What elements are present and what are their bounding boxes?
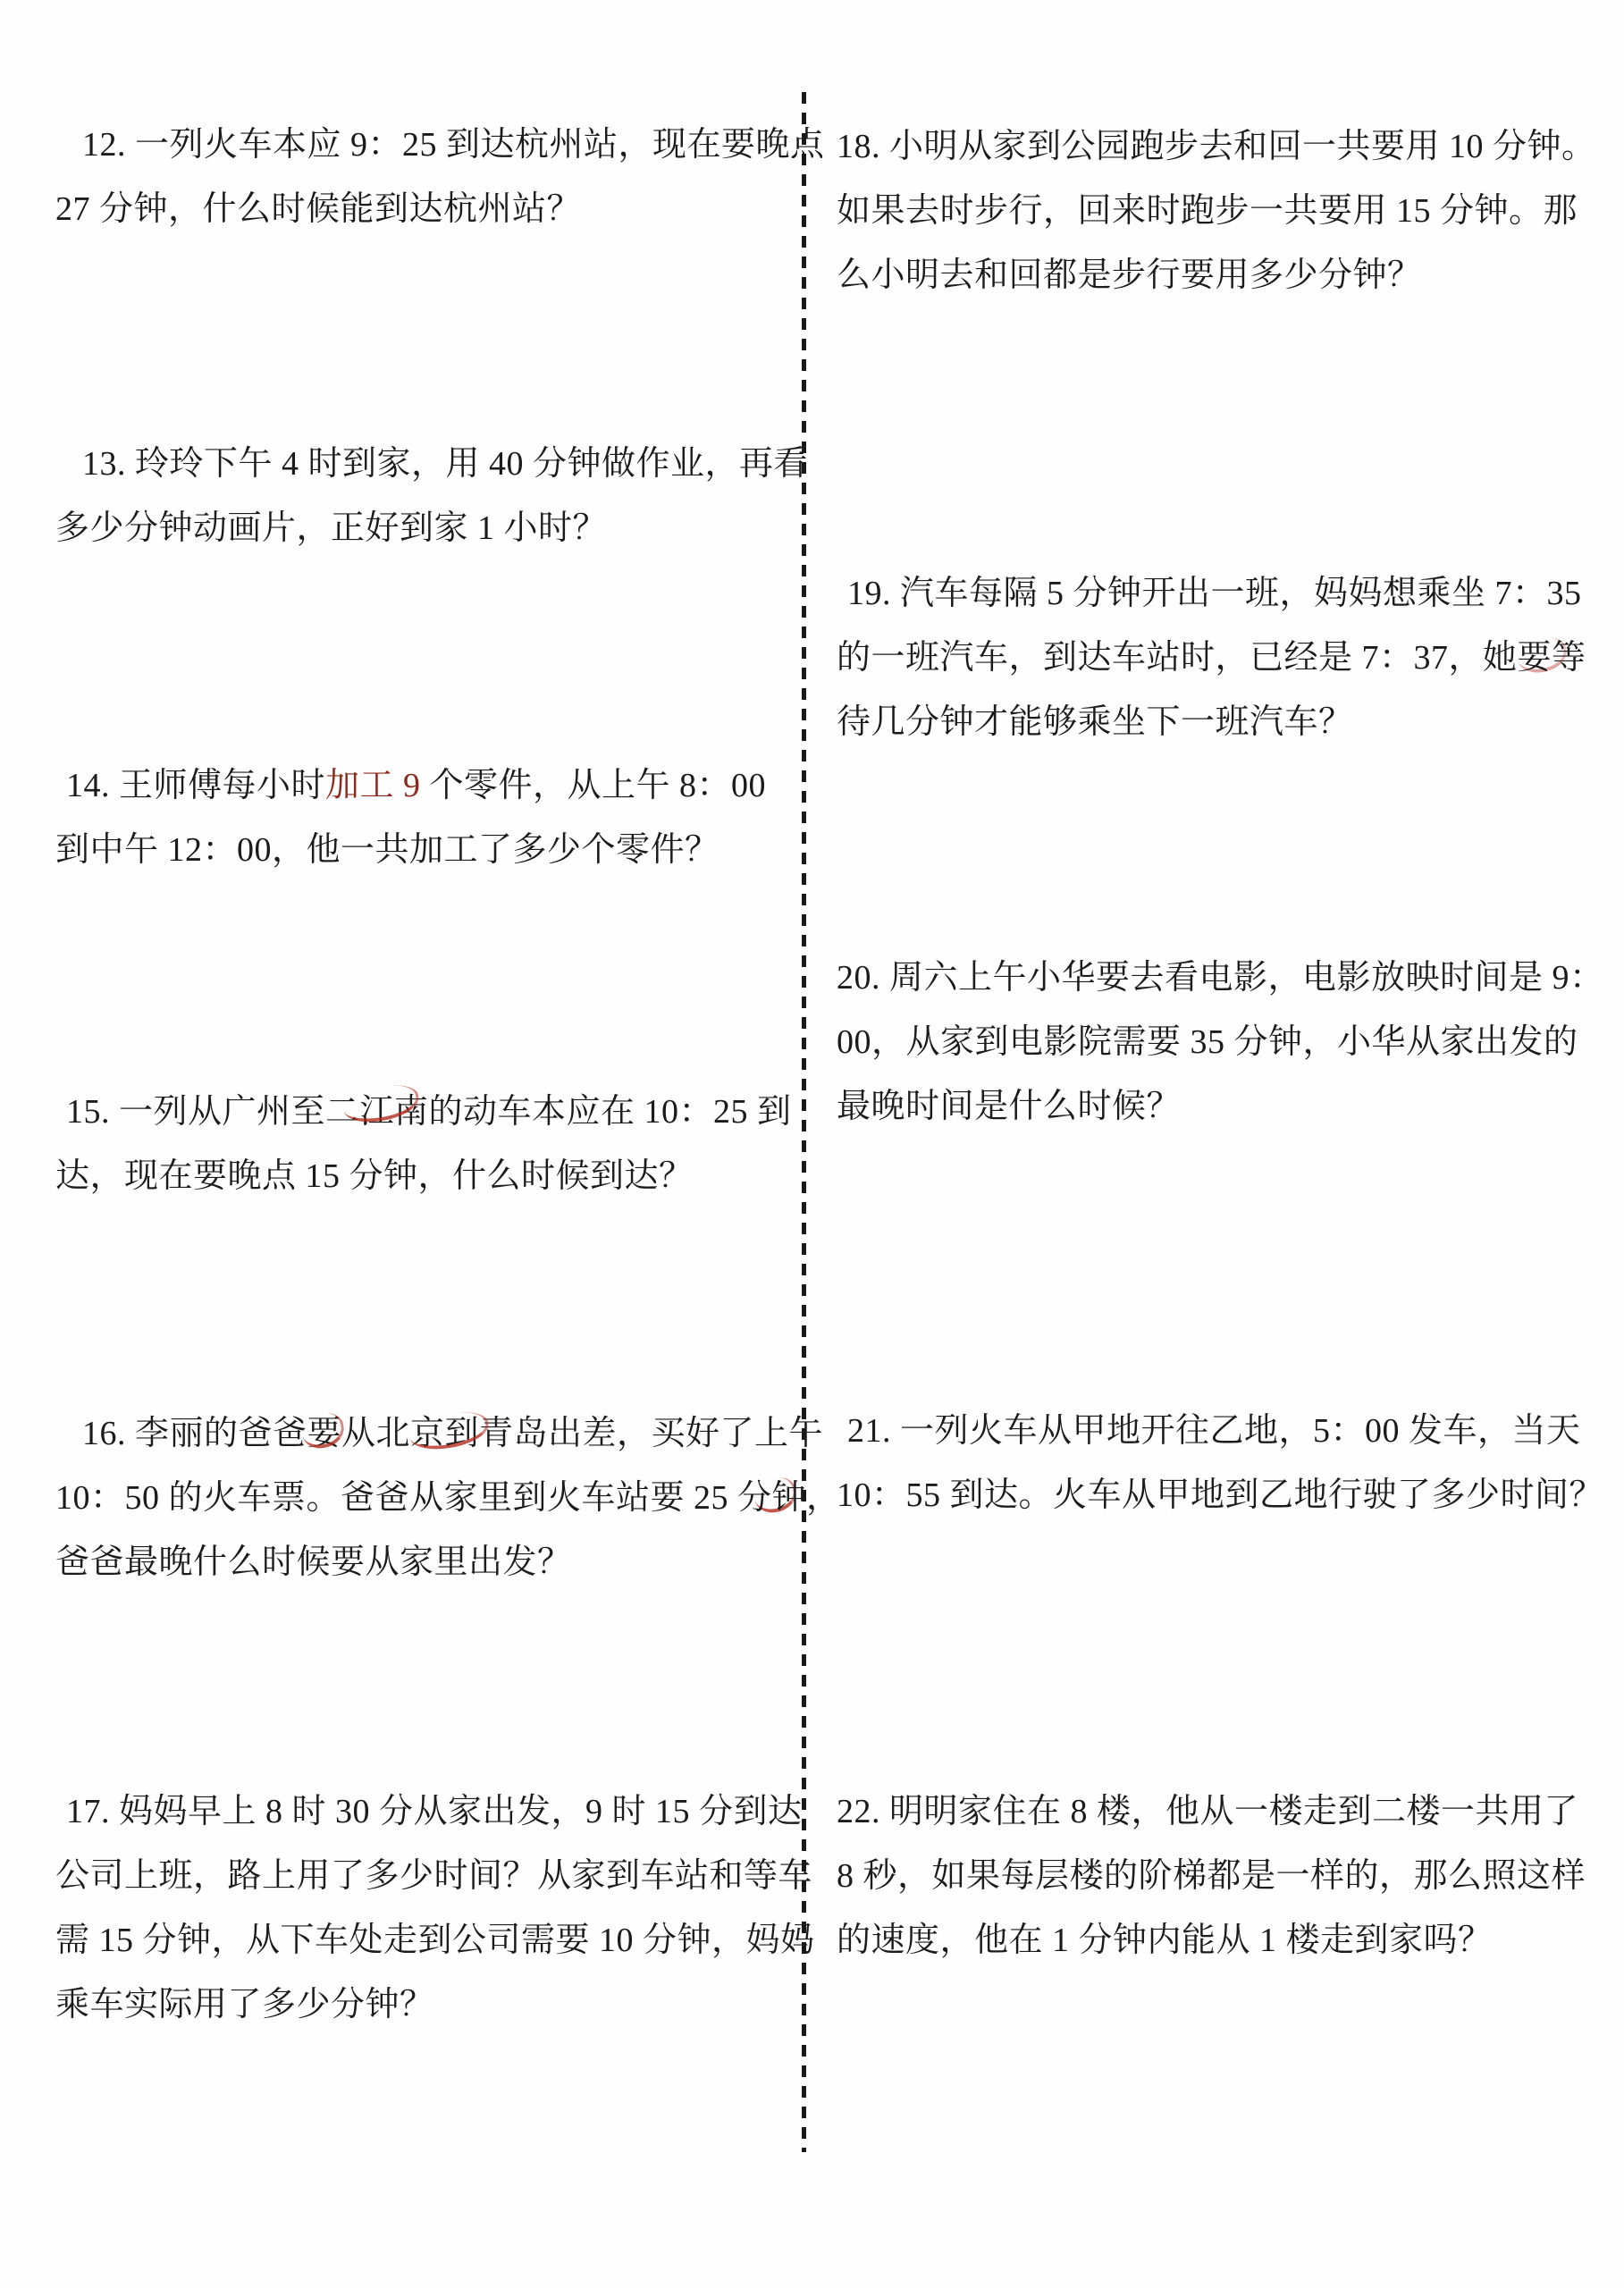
- problem-15-line-2: 达，现在要晚点 15 分钟，什么时候到达？: [55, 1144, 802, 1208]
- problem-14-text-before-red: 14. 王师傅每小时: [66, 767, 325, 804]
- problem-16-line-3: 爸爸最晚什么时候要从家里出发？: [55, 1530, 802, 1594]
- problem-13: 13. 玲玲下午 4 时到家，用 40 分钟做作业，再看 多少分钟动画片，正好到…: [55, 432, 802, 560]
- problem-22-line-2: 8 秒，如果每层楼的阶梯都是一样的，那么照这样: [837, 1844, 1614, 1908]
- problem-17-line-3: 需 15 分钟，从下车处走到公司需要 10 分钟，妈妈: [55, 1908, 802, 1973]
- problem-16: 16. 李丽的爸爸要从北京到青岛出差，买好了上午 10：50 的火车票。爸爸从家…: [55, 1401, 802, 1594]
- problem-12: 12. 一列火车本应 9：25 到达杭州站，现在要晚点 27 分钟，什么时候能到…: [55, 113, 802, 241]
- problem-15: 15. 一列从广州至二江南的动车本应在 10：25 到 达，现在要晚点 15 分…: [55, 1080, 802, 1208]
- column-divider-dashed-line: [802, 92, 806, 2152]
- problem-21: 21. 一列火车从甲地开往乙地，5：00 发车，当天 10：55 到达。火车从甲…: [837, 1399, 1614, 1527]
- worksheet-page: 12. 一列火车本应 9：25 到达杭州站，现在要晚点 27 分钟，什么时候能到…: [0, 0, 1624, 2288]
- problem-14-text-after-red: 个零件，从上午 8：00: [421, 767, 767, 804]
- problem-17-line-4: 乘车实际用了多少分钟？: [55, 1973, 802, 2037]
- problem-12-line-2: 27 分钟，什么时候能到达杭州站？: [55, 177, 802, 241]
- problem-17: 17. 妈妈早上 8 时 30 分从家出发，9 时 15 分到达 公司上班，路上…: [55, 1779, 802, 2037]
- problem-16-line-1: 16. 李丽的爸爸要从北京到青岛出差，买好了上午: [55, 1401, 802, 1466]
- problem-19: 19. 汽车每隔 5 分钟开出一班，妈妈想乘坐 7：35 的一班汽车，到达车站时…: [837, 561, 1614, 754]
- problem-20: 20. 周六上午小华要去看电影，电影放映时间是 9： 00，从家到电影院需要 3…: [837, 946, 1614, 1139]
- problem-14-red-pen-text: 加工 9: [325, 767, 421, 804]
- problem-18-line-3: 么小明去和回都是步行要用多少分钟？: [837, 243, 1614, 307]
- problem-13-line-2: 多少分钟动画片，正好到家 1 小时？: [55, 496, 802, 560]
- problem-17-line-1: 17. 妈妈早上 8 时 30 分从家出发，9 时 15 分到达: [55, 1779, 802, 1844]
- problem-14: 14. 王师傅每小时加工 9 个零件，从上午 8：00 到中午 12：00，他一…: [55, 753, 802, 882]
- problem-22-line-1: 22. 明明家住在 8 楼，他从一楼走到二楼一共用了: [837, 1779, 1614, 1844]
- problem-15-line-1: 15. 一列从广州至二江南的动车本应在 10：25 到: [55, 1080, 802, 1144]
- problem-18-line-2: 如果去时步行，回来时跑步一共要用 15 分钟。那: [837, 179, 1614, 243]
- problem-14-line-2: 到中午 12：00，他一共加工了多少个零件？: [55, 818, 802, 882]
- problem-16-line-2: 10：50 的火车票。爸爸从家里到火车站要 25 分钟，: [55, 1466, 802, 1530]
- problem-18: 18. 小明从家到公园跑步去和回一共要用 10 分钟。 如果去时步行，回来时跑步…: [837, 114, 1614, 307]
- problem-18-line-1: 18. 小明从家到公园跑步去和回一共要用 10 分钟。: [837, 114, 1614, 179]
- problem-21-line-2: 10：55 到达。火车从甲地到乙地行驶了多少时间？: [837, 1463, 1614, 1527]
- problem-20-line-2: 00，从家到电影院需要 35 分钟，小华从家出发的: [837, 1010, 1614, 1074]
- problem-14-line-1: 14. 王师傅每小时加工 9 个零件，从上午 8：00: [55, 753, 802, 818]
- problem-12-line-1: 12. 一列火车本应 9：25 到达杭州站，现在要晚点: [55, 113, 802, 177]
- problem-13-line-1: 13. 玲玲下午 4 时到家，用 40 分钟做作业，再看: [55, 432, 802, 496]
- problem-19-line-3: 待几分钟才能够乘坐下一班汽车？: [837, 690, 1614, 754]
- problem-20-line-3: 最晚时间是什么时候？: [837, 1074, 1614, 1139]
- problem-19-line-2: 的一班汽车，到达车站时，已经是 7：37，她要等: [837, 626, 1614, 690]
- problem-20-line-1: 20. 周六上午小华要去看电影，电影放映时间是 9：: [837, 946, 1614, 1010]
- problem-19-line-1: 19. 汽车每隔 5 分钟开出一班，妈妈想乘坐 7：35: [837, 561, 1614, 626]
- problem-22: 22. 明明家住在 8 楼，他从一楼走到二楼一共用了 8 秒，如果每层楼的阶梯都…: [837, 1779, 1614, 1973]
- problem-21-line-1: 21. 一列火车从甲地开往乙地，5：00 发车，当天: [837, 1399, 1614, 1463]
- problem-17-line-2: 公司上班，路上用了多少时间？从家到车站和等车: [55, 1844, 802, 1908]
- problem-22-line-3: 的速度，他在 1 分钟内能从 1 楼走到家吗？: [837, 1908, 1614, 1973]
